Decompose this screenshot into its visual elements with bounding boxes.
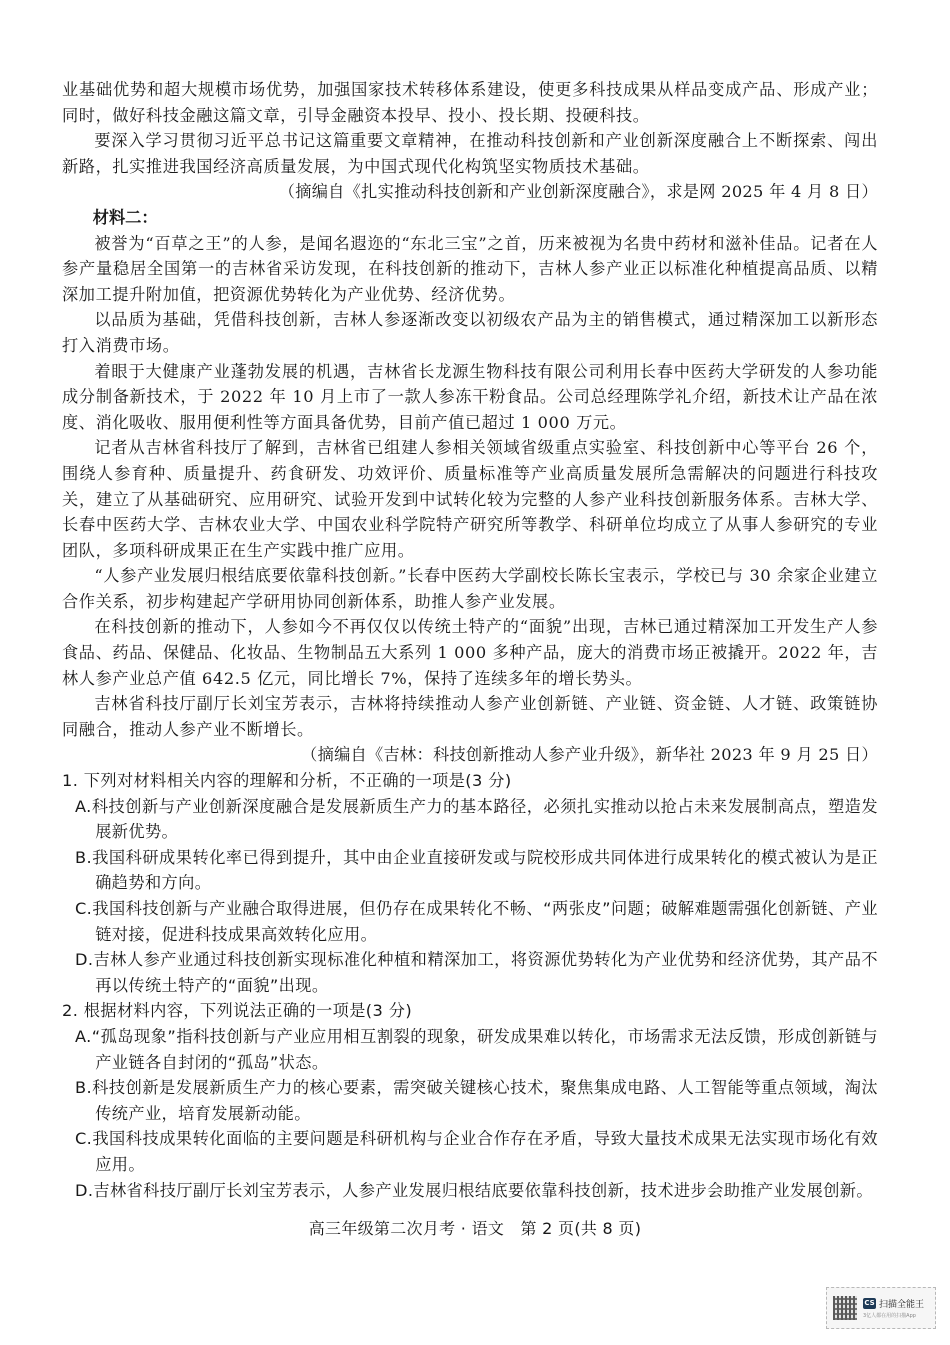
material-two-paragraph: 记者从吉林省科技厅了解到，吉林省已组建人参相关领域省级重点实验室、科技创新中心等… (62, 435, 878, 563)
material-two-paragraph: 着眼于大健康产业蓬勃发展的机遇，吉林省长龙源生物科技有限公司利用长春中医药大学研… (62, 359, 878, 436)
badge-text: CS 扫描全能王 3亿人都在用的扫描App (863, 1297, 924, 1319)
material-one-source: （摘编自《扎实推动科技创新和产业创新深度融合》，求是网 2025 年 4 月 8… (62, 179, 878, 205)
question-1-stem: 1. 下列对材料相关内容的理解和分析，不正确的一项是(3 分) (62, 768, 878, 794)
badge-title: 扫描全能王 (879, 1297, 924, 1310)
material-two-paragraph: 以品质为基础，凭借科技创新，吉林人参逐渐改变以初级农产品为主的销售模式，通过精深… (62, 307, 878, 358)
option-text: 我国科研成果转化率已得到提升，其中由企业直接研发或与院校形成共同体进行成果转化的… (92, 848, 878, 893)
option-text: 我国科技创新与产业融合取得进展，但仍存在成果转化不畅、“两张皮”问题；破解难题需… (92, 899, 878, 944)
badge-subtitle: 3亿人都在用的扫描App (863, 1312, 924, 1319)
qr-code-icon (833, 1296, 857, 1320)
option-letter: A. (75, 1027, 92, 1046)
option-text: 吉林省科技厅副厅长刘宝芳表示，人参产业发展归根结底要依靠科技创新，技术进步会助推… (93, 1181, 873, 1200)
option-text: 科技创新是发展新质生产力的核心要素，需突破关键核心技术，聚焦集成电路、人工智能等… (92, 1078, 878, 1123)
page-footer: 高三年级第二次月考 · 语文 第 2 页(共 8 页) (0, 1216, 950, 1239)
question-1-option-d: D.吉林人参产业通过科技创新实现标准化种植和精深加工，将资源优势转化为产业优势和… (62, 947, 878, 998)
option-letter: D. (75, 950, 93, 969)
question-2-stem: 2. 根据材料内容，下列说法正确的一项是(3 分) (62, 998, 878, 1024)
question-1-option-c: C.我国科技创新与产业融合取得进展，但仍存在成果转化不畅、“两张皮”问题；破解难… (62, 896, 878, 947)
material-two-paragraph: 吉林省科技厅副厅长刘宝芳表示，吉林将持续推动人参产业创新链、产业链、资金链、人才… (62, 691, 878, 742)
material-one-paragraph: 要深入学习贯彻习近平总书记这篇重要文章精神，在推动科技创新和产业创新深度融合上不… (62, 128, 878, 179)
option-text: 科技创新与产业创新深度融合是发展新质生产力的基本路径，必须扎实推动以抢占未来发展… (92, 797, 878, 842)
question-1-option-a: A.科技创新与产业创新深度融合是发展新质生产力的基本路径，必须扎实推动以抢占未来… (62, 794, 878, 845)
question-2-option-a: A.“孤岛现象”指科技创新与产业应用相互割裂的现象，研发成果难以转化，市场需求无… (62, 1024, 878, 1075)
question-2-option-d: D.吉林省科技厅副厅长刘宝芳表示，人参产业发展归根结底要依靠科技创新，技术进步会… (62, 1178, 878, 1204)
camscanner-logo-icon: CS (863, 1298, 876, 1309)
material-two-heading: 材料二： (62, 205, 878, 231)
option-text: 我国科技成果转化面临的主要问题是科研机构与企业合作存在矛盾，导致大量技术成果无法… (92, 1129, 878, 1174)
option-letter: C. (75, 1129, 92, 1148)
material-two-source: （摘编自《吉林：科技创新推动人参产业升级》，新华社 2023 年 9 月 25 … (62, 742, 878, 768)
option-text: 吉林人参产业通过科技创新实现标准化种植和精深加工，将资源优势转化为产业优势和经济… (93, 950, 878, 995)
question-2-option-c: C.我国科技成果转化面临的主要问题是科研机构与企业合作存在矛盾，导致大量技术成果… (62, 1126, 878, 1177)
option-letter: A. (75, 797, 92, 816)
option-text: “孤岛现象”指科技创新与产业应用相互割裂的现象，研发成果难以转化，市场需求无法反… (92, 1027, 878, 1072)
material-two-paragraph: 被誉为“百草之王”的人参，是闻名遐迩的“东北三宝”之首，历来被视为名贵中药材和滋… (62, 231, 878, 308)
exam-page: 业基础优势和超大规模市场优势，加强国家技术转移体系建设，使更多科技成果从样品变成… (62, 77, 878, 1203)
badge-top: CS 扫描全能王 (863, 1297, 924, 1310)
option-letter: B. (75, 848, 92, 867)
question-1-option-b: B.我国科研成果转化率已得到提升，其中由企业直接研发或与院校形成共同体进行成果转… (62, 845, 878, 896)
option-letter: B. (75, 1078, 92, 1097)
material-two-paragraph: “人参产业发展归根结底要依靠科技创新。”长春中医药大学副校长陈长宝表示，学校已与… (62, 563, 878, 614)
scanner-watermark-badge: CS 扫描全能王 3亿人都在用的扫描App (826, 1287, 936, 1329)
option-letter: C. (75, 899, 92, 918)
question-2-option-b: B.科技创新是发展新质生产力的核心要素，需突破关键核心技术，聚焦集成电路、人工智… (62, 1075, 878, 1126)
material-two-paragraph: 在科技创新的推动下，人参如今不再仅仅以传统土特产的“面貌”出现，吉林已通过精深加… (62, 614, 878, 691)
option-letter: D. (75, 1181, 93, 1200)
material-one-paragraph: 业基础优势和超大规模市场优势，加强国家技术转移体系建设，使更多科技成果从样品变成… (62, 77, 878, 128)
